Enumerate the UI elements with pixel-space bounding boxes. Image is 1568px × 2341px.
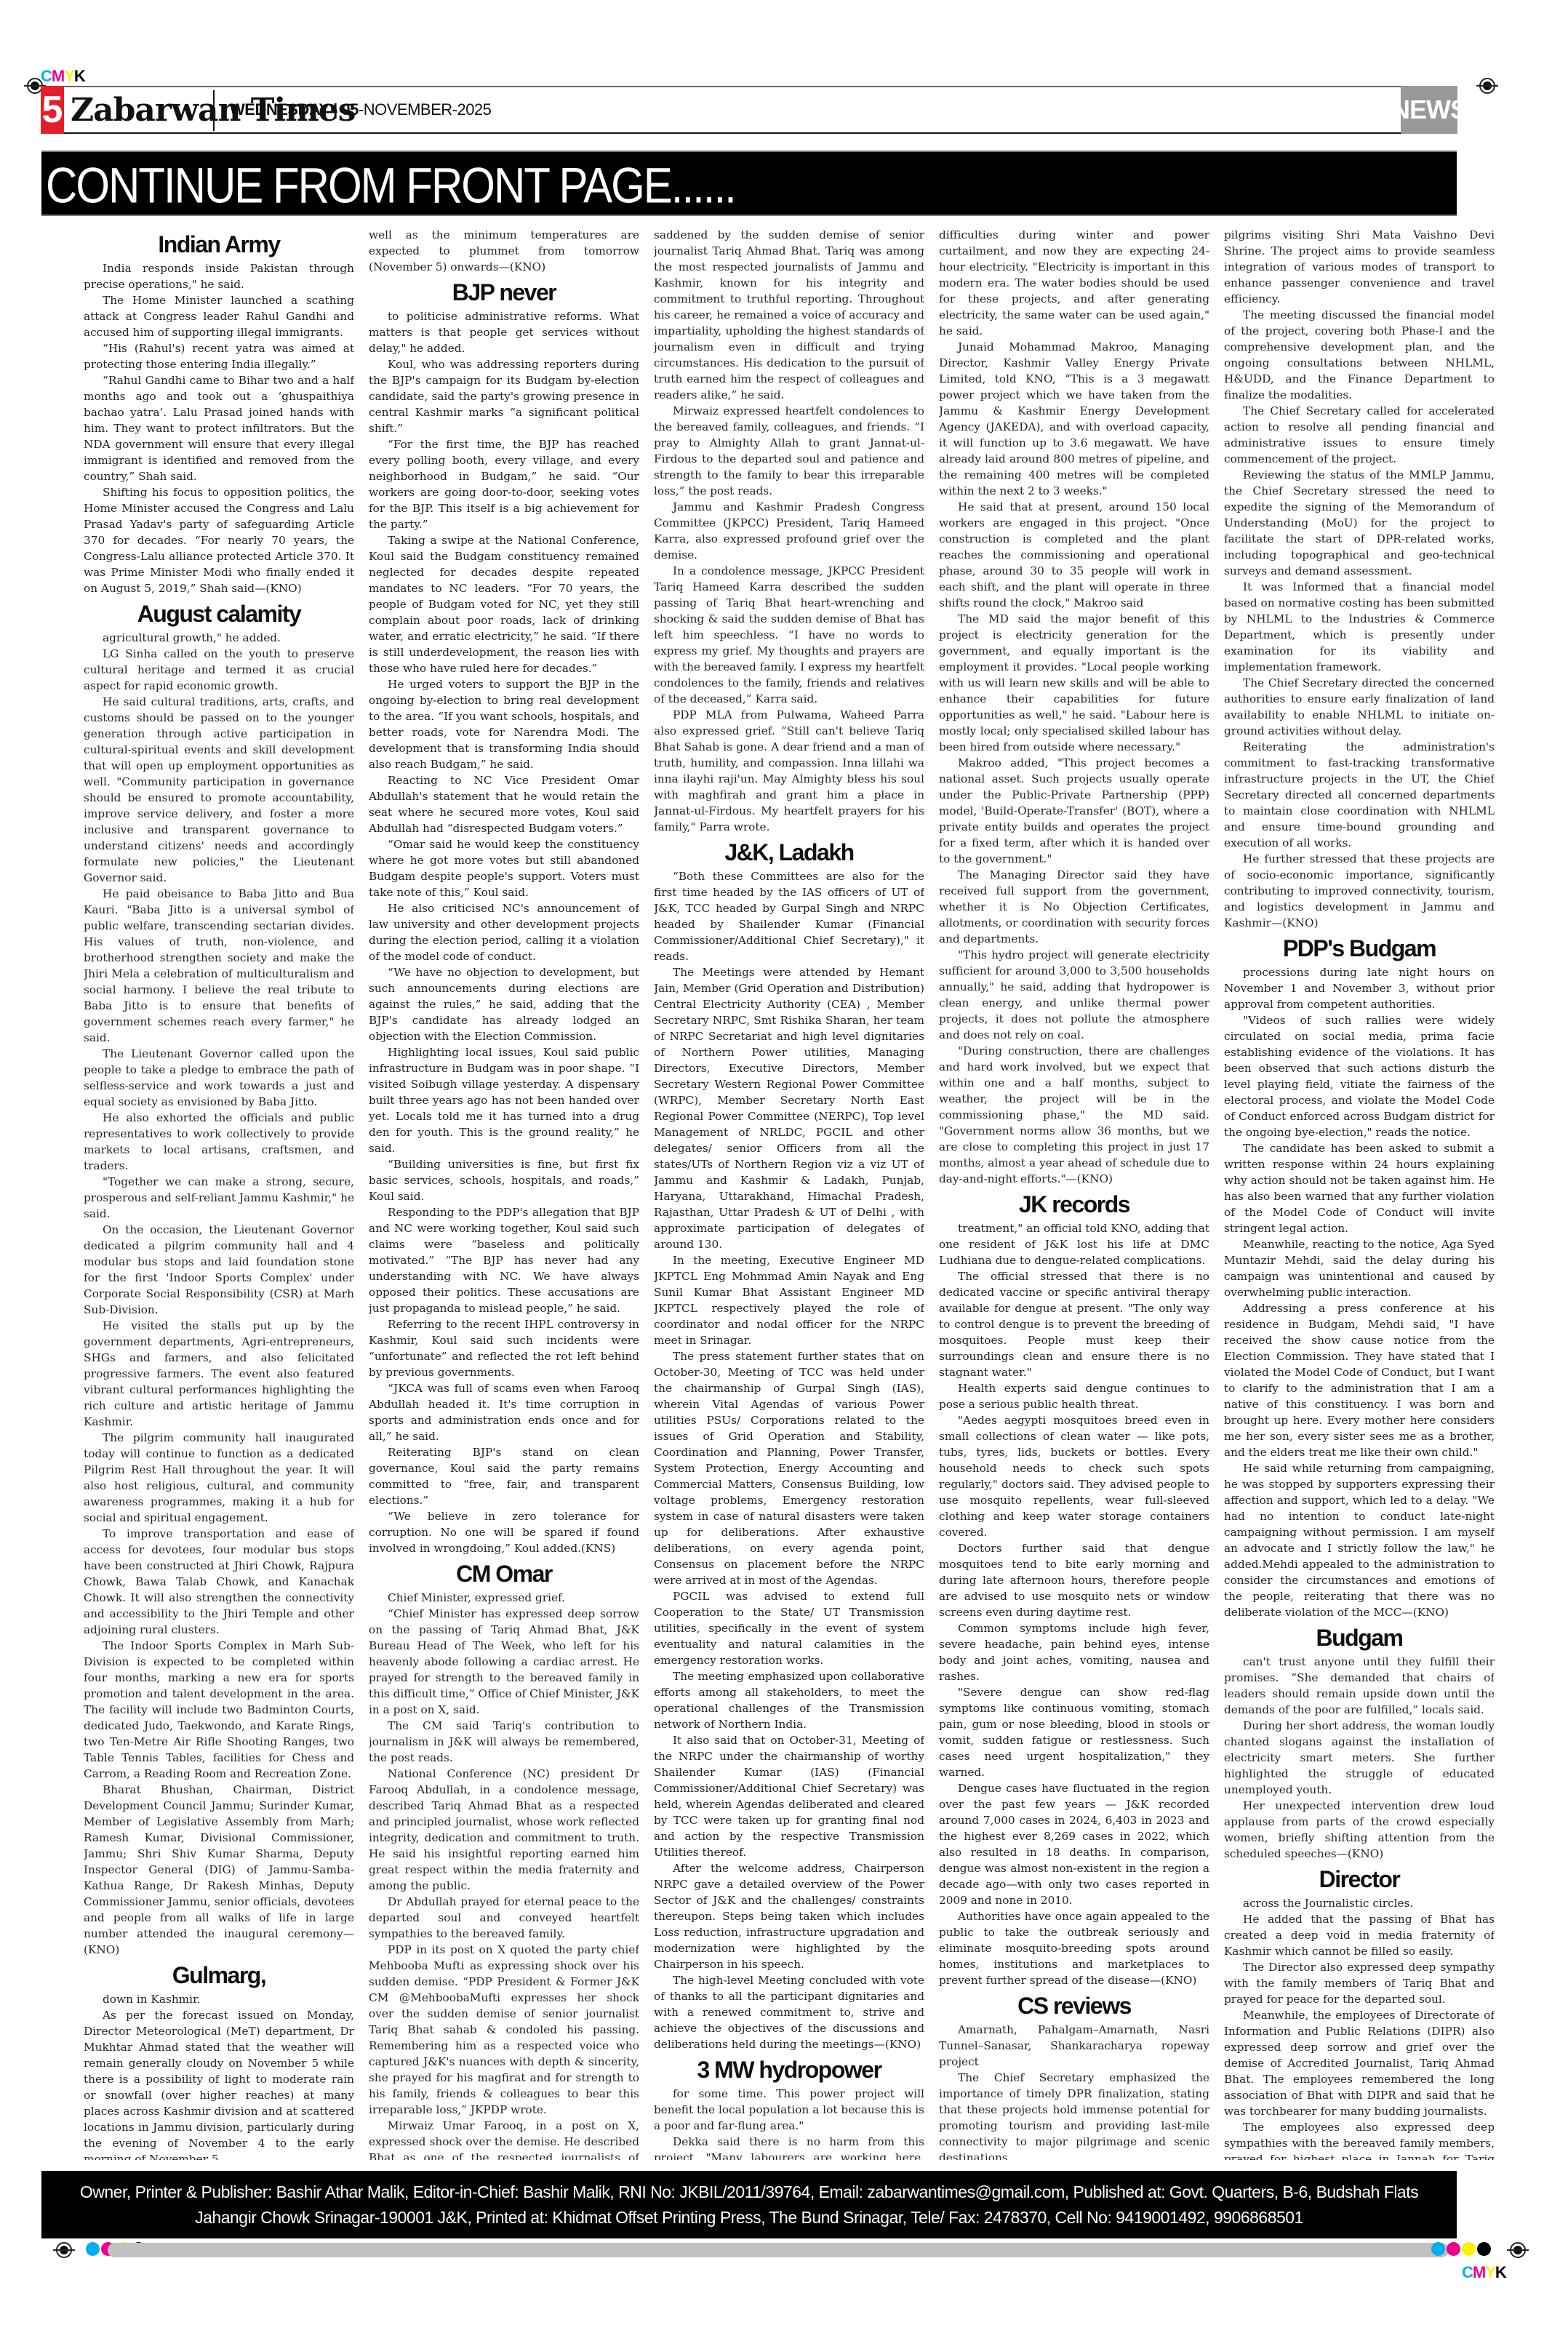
- article-paragraph: Junaid Mohammad Makroo, Managing Directo…: [939, 339, 1209, 499]
- article-paragraph: He further stressed that these projects …: [1224, 851, 1495, 931]
- article-paragraph: "This hydro project will generate electr…: [939, 947, 1209, 1043]
- article-paragraph: treatment," an official told KNO, adding…: [939, 1220, 1209, 1268]
- article-headline: BJP never: [369, 278, 639, 307]
- article-paragraph: Taking a swipe at the National Conferenc…: [369, 532, 639, 676]
- article-paragraph: It was Informed that a financial model b…: [1224, 579, 1495, 675]
- article-paragraph: to politicise administrative reforms. Wh…: [369, 308, 639, 356]
- article-paragraph: Responding to the PDP's allegation that …: [369, 1204, 639, 1316]
- article-paragraph: In the meeting, Executive Engineer MD JK…: [654, 1252, 924, 1348]
- article-paragraph: The high-level Meeting concluded with vo…: [654, 1972, 924, 2052]
- column-5: pilgrims visiting Shri Mata Vaishno Devi…: [1224, 227, 1495, 2160]
- article-paragraph: In a condolence message, JKPCC President…: [654, 563, 924, 707]
- continued-paragraph: saddened by the sudden demise of senior …: [654, 227, 924, 403]
- article-paragraph: “JKCA was full of scams even when Farooq…: [369, 1380, 639, 1444]
- article-headline: Indian Army: [84, 230, 354, 259]
- banner-title: CONTINUE FROM FRONT PAGE......: [46, 156, 735, 214]
- article-paragraph: The MD said the major benefit of this pr…: [939, 611, 1209, 755]
- article-paragraph: The Lieutenant Governor called upon the …: [84, 1046, 354, 1110]
- date-separator: |: [333, 100, 337, 119]
- article-headline: PDP's Budgam: [1224, 934, 1495, 963]
- article-paragraph: The Chief Secretary directed the concern…: [1224, 675, 1495, 739]
- article-paragraph: The employees also expressed deep sympat…: [1224, 2119, 1495, 2160]
- article-paragraph: “Omar said he would keep the constituenc…: [369, 836, 639, 900]
- article-paragraph: During her short address, the woman loud…: [1224, 1718, 1495, 1798]
- article-paragraph: Addressing a press conference at his res…: [1224, 1300, 1495, 1460]
- article-paragraph: It also said that on October-31, Meeting…: [654, 1732, 924, 1860]
- registration-mark-icon: [1510, 2242, 1526, 2258]
- article-paragraph: He said cultural traditions, arts, craft…: [84, 694, 354, 886]
- article-paragraph: He visited the stalls put up by the gove…: [84, 1318, 354, 1430]
- imprint-footer: Owner, Printer & Publisher: Bashir Athar…: [41, 2171, 1457, 2238]
- article-paragraph: The Home Minister launched a scathing at…: [84, 292, 354, 340]
- article-paragraph: The official stressed that there is no d…: [939, 1268, 1209, 1380]
- article-paragraph: Chief Minister, expressed grief.: [369, 1590, 639, 1606]
- article-paragraph: He also criticised NC's announcement of …: [369, 900, 639, 964]
- article-paragraph: The meeting emphasized upon collaborativ…: [654, 1668, 924, 1732]
- article-paragraph: The candidate has been asked to submit a…: [1224, 1140, 1495, 1236]
- day-label: WEDNESDAY: [230, 100, 329, 119]
- cyan-dot-icon: [1431, 2242, 1445, 2256]
- article-headline: August calamity: [84, 599, 354, 628]
- continued-paragraph: pilgrims visiting Shri Mata Vaishno Devi…: [1224, 227, 1495, 307]
- article-paragraph: Meanwhile, the employees of Directorate …: [1224, 2007, 1495, 2119]
- article-paragraph: Reiterating BJP's stand on clean governa…: [369, 1444, 639, 1508]
- column-3: saddened by the sudden demise of senior …: [654, 227, 924, 2160]
- date-month-year: -NOVEMBER-2025: [359, 100, 492, 119]
- article-paragraph: "Videos of such rallies were widely circ…: [1224, 1012, 1495, 1140]
- article-paragraph: Meanwhile, reacting to the notice, Aga S…: [1224, 1236, 1495, 1300]
- article-paragraph: "Severe dengue can show red-flag symptom…: [939, 1684, 1209, 1780]
- article-paragraph: “Building universities is fine, but firs…: [369, 1156, 639, 1204]
- article-paragraph: Her unexpected intervention drew loud ap…: [1224, 1798, 1495, 1862]
- article-paragraph: PDP MLA from Pulwama, Waheed Parra also …: [654, 707, 924, 835]
- article-paragraph: down in Kashmir.: [84, 1991, 354, 2007]
- gray-registration-bar: [108, 2243, 1449, 2257]
- article-paragraph: Doctors further said that dengue mosquit…: [939, 1540, 1209, 1620]
- article-paragraph: processions during late night hours on N…: [1224, 964, 1495, 1012]
- article-paragraph: Health experts said dengue continues to …: [939, 1380, 1209, 1412]
- masthead-divider: [213, 90, 215, 131]
- article-paragraph: Common symptoms include high fever, seve…: [939, 1620, 1209, 1684]
- article-paragraph: Bharat Bhushan, Chairman, District Devel…: [84, 1782, 354, 1958]
- article-paragraph: Mirwaiz expressed heartfelt condolences …: [654, 403, 924, 499]
- article-headline: Director: [1224, 1865, 1495, 1894]
- article-paragraph: Reviewing the status of the MMLP Jammu, …: [1224, 467, 1495, 579]
- section-banner: CONTINUE FROM FRONT PAGE......: [41, 151, 1457, 216]
- article-paragraph: He said that at present, around 150 loca…: [939, 499, 1209, 611]
- article-paragraph: The Managing Director said they have rec…: [939, 867, 1209, 947]
- article-paragraph: "During construction, there are challeng…: [939, 1043, 1209, 1187]
- article-paragraph: “Both these Committees are also for the …: [654, 868, 924, 964]
- article-paragraph: “His (Rahul's) recent yatra was aimed at…: [84, 340, 354, 372]
- article-paragraph: Reiterating the administration's commitm…: [1224, 739, 1495, 851]
- dateline: WEDNESDAY | 05-NOVEMBER-2025: [230, 100, 491, 119]
- article-paragraph: Authorities have once again appealed to …: [939, 1908, 1209, 1988]
- article-paragraph: “For the first time, the BJP has reached…: [369, 436, 639, 532]
- column-2: well as the minimum temperatures are exp…: [369, 227, 639, 2160]
- article-paragraph: The Director also expressed deep sympath…: [1224, 1959, 1495, 2007]
- article-headline: J&K, Ladakh: [654, 838, 924, 867]
- cmyk-label-top: CMYK: [41, 67, 85, 86]
- cmyk-label-bottom: CMYK: [1462, 2263, 1506, 2282]
- article-paragraph: for some time. This power project will b…: [654, 2086, 924, 2134]
- article-paragraph: “Rahul Gandhi came to Bihar two and a ha…: [84, 372, 354, 484]
- article-paragraph: Referring to the recent IHPL controversy…: [369, 1316, 639, 1380]
- article-paragraph: On the occasion, the Lieutenant Governor…: [84, 1222, 354, 1318]
- article-paragraph: Makroo added, "This project becomes a na…: [939, 755, 1209, 867]
- article-paragraph: He paid obeisance to Baba Jitto and Bua …: [84, 886, 354, 1046]
- section-badge: NEWS: [1401, 86, 1457, 134]
- article-paragraph: The pilgrim community hall inaugurated t…: [84, 1430, 354, 1526]
- article-paragraph: “We have no objection to development, bu…: [369, 964, 639, 1044]
- article-paragraph: “Chief Minister has expressed deep sorro…: [369, 1606, 639, 1718]
- article-paragraph: can't trust anyone until they fulfill th…: [1224, 1654, 1495, 1718]
- article-paragraph: Mirwaiz Umar Farooq, in a post on X, exp…: [369, 2118, 639, 2160]
- article-paragraph: The CM said Tariq's contribution to jour…: [369, 1718, 639, 1766]
- article-paragraph: across the Journalistic circles.: [1224, 1895, 1495, 1911]
- registration-mark-icon: [1479, 78, 1495, 94]
- column-4: difficulties during winter and power cur…: [939, 227, 1209, 2160]
- article-headline: Gulmarg,: [84, 1961, 354, 1990]
- article-paragraph: To improve transportation and ease of ac…: [84, 1526, 354, 1638]
- article-paragraph: Amarnath, Pahalgam–Amarnath, Nasri Tunne…: [939, 2022, 1209, 2070]
- article-paragraph: Dr Abdullah prayed for eternal peace to …: [369, 1894, 639, 1942]
- imprint-line-1: Owner, Printer & Publisher: Bashir Athar…: [41, 2182, 1457, 2202]
- article-paragraph: "Together we can make a strong, secure, …: [84, 1174, 354, 1222]
- article-paragraph: Reacting to NC Vice President Omar Abdul…: [369, 772, 639, 836]
- article-paragraph: PGCIL was advised to extend full Coopera…: [654, 1588, 924, 1668]
- yellow-dot-icon: [1462, 2242, 1476, 2256]
- registration-mark-icon: [56, 2242, 72, 2258]
- article-columns: Indian ArmyIndia responds inside Pakista…: [84, 227, 1498, 2160]
- magenta-dot-icon: [1447, 2242, 1460, 2256]
- article-paragraph: After the welcome address, Chairperson N…: [654, 1860, 924, 1972]
- article-paragraph: The Meetings were attended by Hemant Jai…: [654, 964, 924, 1252]
- continued-paragraph: difficulties during winter and power cur…: [939, 227, 1209, 339]
- article-paragraph: The Chief Secretary emphasized the impor…: [939, 2070, 1209, 2160]
- article-headline: CS reviews: [939, 1991, 1209, 2020]
- article-paragraph: The meeting discussed the financial mode…: [1224, 307, 1495, 403]
- article-paragraph: Highlighting local issues, Koul said pub…: [369, 1044, 639, 1156]
- article-paragraph: "Aedes aegypti mosquitoes breed even in …: [939, 1412, 1209, 1540]
- article-paragraph: As per the forecast issued on Monday, Di…: [84, 2007, 354, 2160]
- article-paragraph: Koul, who was addressing reporters durin…: [369, 356, 639, 436]
- article-paragraph: Dengue cases have fluctuated in the regi…: [939, 1780, 1209, 1908]
- continued-paragraph: well as the minimum temperatures are exp…: [369, 227, 639, 275]
- article-headline: 3 MW hydropower: [654, 2055, 924, 2084]
- article-paragraph: The Chief Secretary called for accelerat…: [1224, 403, 1495, 467]
- date-day: 05: [341, 100, 358, 119]
- article-paragraph: Shifting his focus to opposition politic…: [84, 484, 354, 596]
- article-headline: JK records: [939, 1190, 1209, 1219]
- article-paragraph: PDP in its post on X quoted the party ch…: [369, 1942, 639, 2118]
- article-paragraph: National Conference (NC) president Dr Fa…: [369, 1766, 639, 1894]
- article-paragraph: Dekka said there is no harm from this pr…: [654, 2134, 924, 2160]
- cyan-dot-icon: [86, 2242, 100, 2256]
- article-paragraph: “We believe in zero tolerance for corrup…: [369, 1508, 639, 1556]
- article-headline: CM Omar: [369, 1559, 639, 1588]
- article-paragraph: He also exhorted the officials and publi…: [84, 1110, 354, 1174]
- article-paragraph: The press statement further states that …: [654, 1348, 924, 1588]
- page-number: 5: [41, 86, 64, 134]
- article-paragraph: Jammu and Kashmir Pradesh Congress Commi…: [654, 499, 924, 563]
- article-paragraph: He added that the passing of Bhat has cr…: [1224, 1911, 1495, 1959]
- imprint-line-2: Jahangir Chowk Srinagar-190001 J&K, Prin…: [41, 2208, 1457, 2228]
- article-paragraph: He said while returning from campaigning…: [1224, 1460, 1495, 1620]
- article-paragraph: India responds inside Pakistan through p…: [84, 260, 354, 292]
- article-paragraph: agricultural growth," he added.: [84, 630, 354, 646]
- color-dots-right: [1431, 2242, 1491, 2256]
- column-1: Indian ArmyIndia responds inside Pakista…: [84, 227, 354, 2160]
- article-headline: Budgam: [1224, 1623, 1495, 1652]
- black-dot-icon: [1477, 2242, 1491, 2256]
- article-paragraph: LG Sinha called on the youth to preserve…: [84, 646, 354, 694]
- article-paragraph: The Indoor Sports Complex in Marh Sub-Di…: [84, 1638, 354, 1782]
- article-paragraph: He urged voters to support the BJP in th…: [369, 676, 639, 772]
